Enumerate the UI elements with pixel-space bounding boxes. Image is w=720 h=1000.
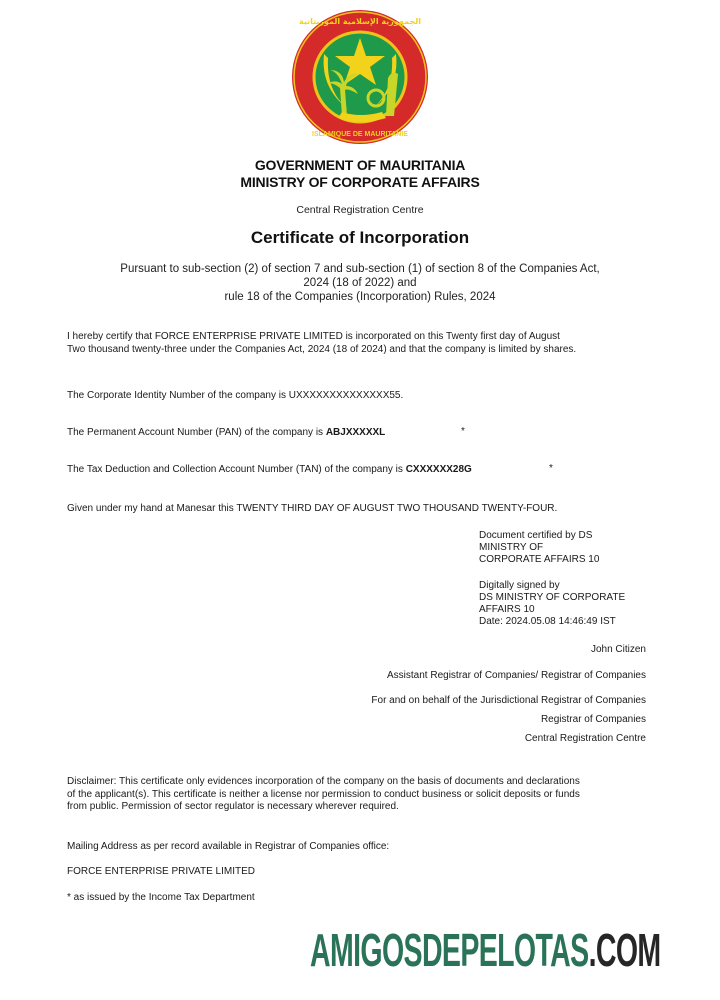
- svg-text:الجمهورية الإسلامية الموريتاني: الجمهورية الإسلامية الموريتانية: [299, 17, 421, 26]
- pan-statement: The Permanent Account Number (PAN) of th…: [67, 427, 385, 440]
- tax-note: * as issued by the Income Tax Department: [67, 892, 255, 905]
- given-statement: Given under my hand at Manesar this TWEN…: [67, 503, 557, 516]
- mailing-address-company: FORCE ENTERPRISE PRIVATE LIMITED: [67, 866, 255, 879]
- office-name: Central Registration Centre: [0, 204, 720, 216]
- pursuant-line: Pursuant to sub-section (2) of section 7…: [0, 262, 720, 276]
- tan-asterisk: *: [549, 463, 553, 474]
- ministry-name: MINISTRY OF CORPORATE AFFAIRS: [0, 174, 720, 191]
- disclaimer-line: from public. Permission of sector regula…: [67, 801, 580, 814]
- government-heading: GOVERNMENT OF MAURITANIA MINISTRY OF COR…: [0, 157, 720, 191]
- digital-signature-block: Digitally signed by DS MINISTRY OF CORPO…: [479, 580, 625, 628]
- tan-statement: The Tax Deduction and Collection Account…: [67, 464, 472, 477]
- registrar-label: Registrar of Companies: [541, 714, 646, 725]
- pursuant-line: rule 18 of the Companies (Incorporation)…: [0, 290, 720, 304]
- certify-line: Two thousand twenty-three under the Comp…: [67, 344, 576, 357]
- registrar-centre: Central Registration Centre: [525, 733, 646, 744]
- cin-statement: The Corporate Identity Number of the com…: [67, 390, 403, 403]
- pan-value: ABJXXXXXL: [326, 427, 385, 438]
- pursuant-clause: Pursuant to sub-section (2) of section 7…: [0, 262, 720, 304]
- svg-text:ISLAMIQUE DE MAURITANIE: ISLAMIQUE DE MAURITANIE: [312, 131, 408, 138]
- signatory-name: John Citizen: [591, 644, 646, 655]
- disclaimer: Disclaimer: This certificate only eviden…: [67, 776, 580, 814]
- certified-by-block: Document certified by DS MINISTRY OF COR…: [479, 530, 599, 566]
- tan-label: The Tax Deduction and Collection Account…: [67, 464, 406, 475]
- government-name: GOVERNMENT OF MAURITANIA: [0, 157, 720, 174]
- tan-value: CXXXXXX28G: [406, 464, 472, 475]
- pan-label: The Permanent Account Number (PAN) of th…: [67, 427, 326, 438]
- signatory-behalf: For and on behalf of the Jurisdictional …: [371, 695, 646, 706]
- signatory-role: Assistant Registrar of Companies/ Regist…: [387, 670, 646, 681]
- pursuant-line: 2024 (18 of 2022) and: [0, 276, 720, 290]
- watermark-main: AMIGOSDEPELOTAS: [310, 924, 589, 976]
- disclaimer-line: Disclaimer: This certificate only eviden…: [67, 776, 580, 789]
- mauritania-seal-icon: ISLAMIQUE DE MAURITANIE الجمهورية الإسلا…: [290, 8, 430, 146]
- watermark: AMIGOSDEPELOTAS.COM: [310, 922, 661, 978]
- disclaimer-line: of the applicant(s). This certificate is…: [67, 789, 580, 802]
- certify-line: I hereby certify that FORCE ENTERPRISE P…: [67, 331, 576, 344]
- mailing-address-label: Mailing Address as per record available …: [67, 841, 389, 854]
- certification-statement: I hereby certify that FORCE ENTERPRISE P…: [67, 331, 576, 356]
- pan-asterisk: *: [461, 426, 465, 437]
- watermark-suffix: .COM: [589, 924, 661, 976]
- document-title: Certificate of Incorporation: [0, 228, 720, 248]
